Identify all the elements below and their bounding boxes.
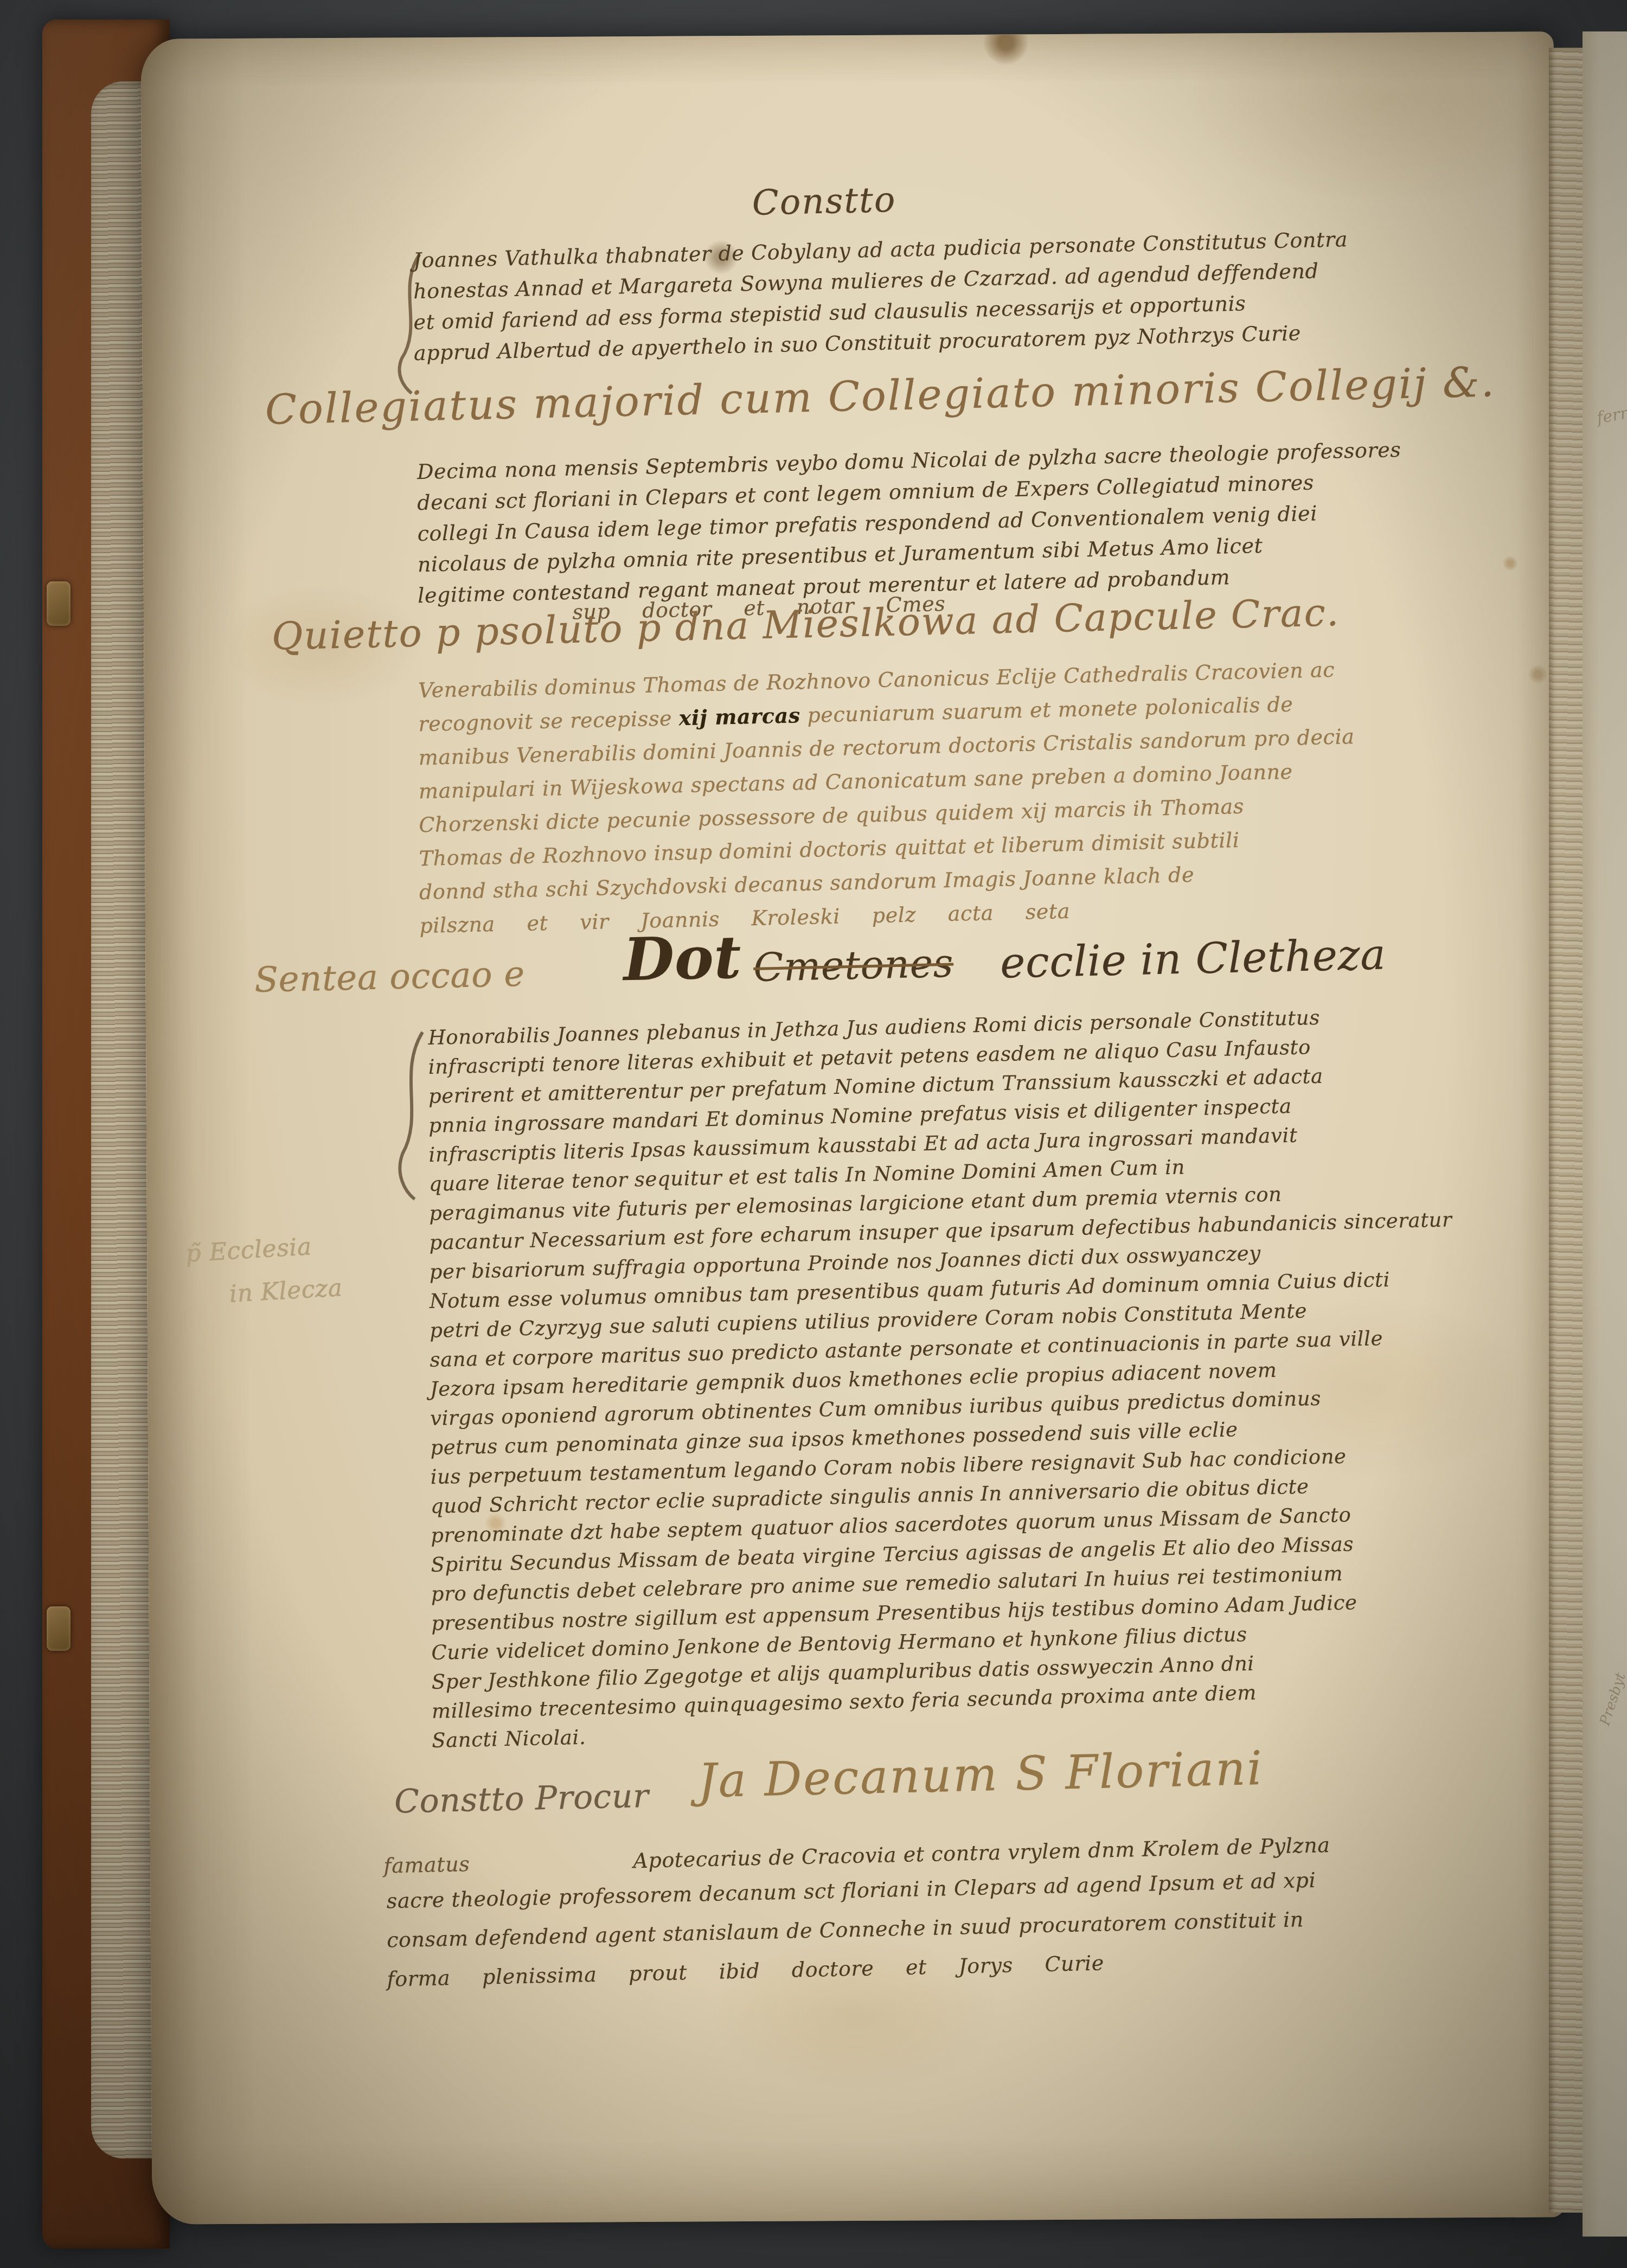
text-line: Sancti Nicolai. bbox=[432, 1727, 586, 1751]
heading-constto: Constto bbox=[752, 180, 896, 223]
facing-page-sliver: ferm Presbyt bbox=[1583, 31, 1627, 2237]
text-line: Thomas de Rozhnovo insup domini doctoris… bbox=[419, 830, 1240, 869]
fore-edge-strip bbox=[1549, 48, 1586, 2213]
margin-word-famatus: famatus bbox=[383, 1854, 470, 1876]
text-line: pilszna et vir Joannis Kroleski pelz act… bbox=[419, 901, 1070, 936]
heading-sententia-struck: Cmetones bbox=[753, 940, 954, 990]
heading-sententia-faded: Sentea occao e bbox=[254, 954, 525, 1000]
text-fragment: pecuniarum suarum et monete polonicalis … bbox=[800, 693, 1293, 728]
heading-collegiatus: Collegiatus majorid cum Collegiato minor… bbox=[265, 357, 1496, 433]
sliver-text-fragment: ferm bbox=[1596, 402, 1627, 428]
text-line: forma plenissima prout ibid doctore et J… bbox=[387, 1953, 1104, 1990]
heading-decanum-floriani: Ja Decanum S Floriani bbox=[697, 1741, 1264, 1809]
inserted-amount: xij marcas bbox=[678, 703, 800, 730]
text-line: manipulari in Wijeskowa spectans ad Cano… bbox=[419, 761, 1293, 802]
clasp-remnant-lower bbox=[47, 1606, 71, 1651]
text-line: Apotecarius de Cracovia et contra vrylem… bbox=[633, 1835, 1330, 1871]
heading-sententia-dot: Dot bbox=[623, 923, 742, 994]
text-line: sacre theologie professorem decanum sct … bbox=[386, 1870, 1316, 1912]
sliver-text-fragment: Presbyt bbox=[1597, 1671, 1627, 1728]
manuscript-page: Constto Joannes Vathulka thabnater de Co… bbox=[140, 31, 1565, 2225]
text-line: Chorzenski dicte pecunie possessore de q… bbox=[419, 796, 1244, 836]
margin-note-line2: in Klecza bbox=[228, 1274, 343, 1308]
clasp-remnant-upper bbox=[47, 581, 71, 626]
text-fragment: recognovit se recepisse bbox=[418, 706, 679, 736]
text-line: recognovit se recepisse xij marcas pecun… bbox=[418, 694, 1293, 735]
heading-sententia-rest: ecclie in Cletheza bbox=[1000, 930, 1386, 988]
manuscript-scan: Constto Joannes Vathulka thabnater de Co… bbox=[0, 0, 1627, 2268]
text-line: consam defendend agent stanislaum de Con… bbox=[387, 1909, 1304, 1950]
heading-constto-procur: Constto Procur bbox=[394, 1777, 649, 1821]
paragraph-flourish bbox=[389, 1029, 433, 1202]
text-line: donnd stha schi Szychdovski decanus sand… bbox=[419, 864, 1195, 902]
margin-note-line1: p̃ Ecclesia bbox=[185, 1233, 312, 1267]
